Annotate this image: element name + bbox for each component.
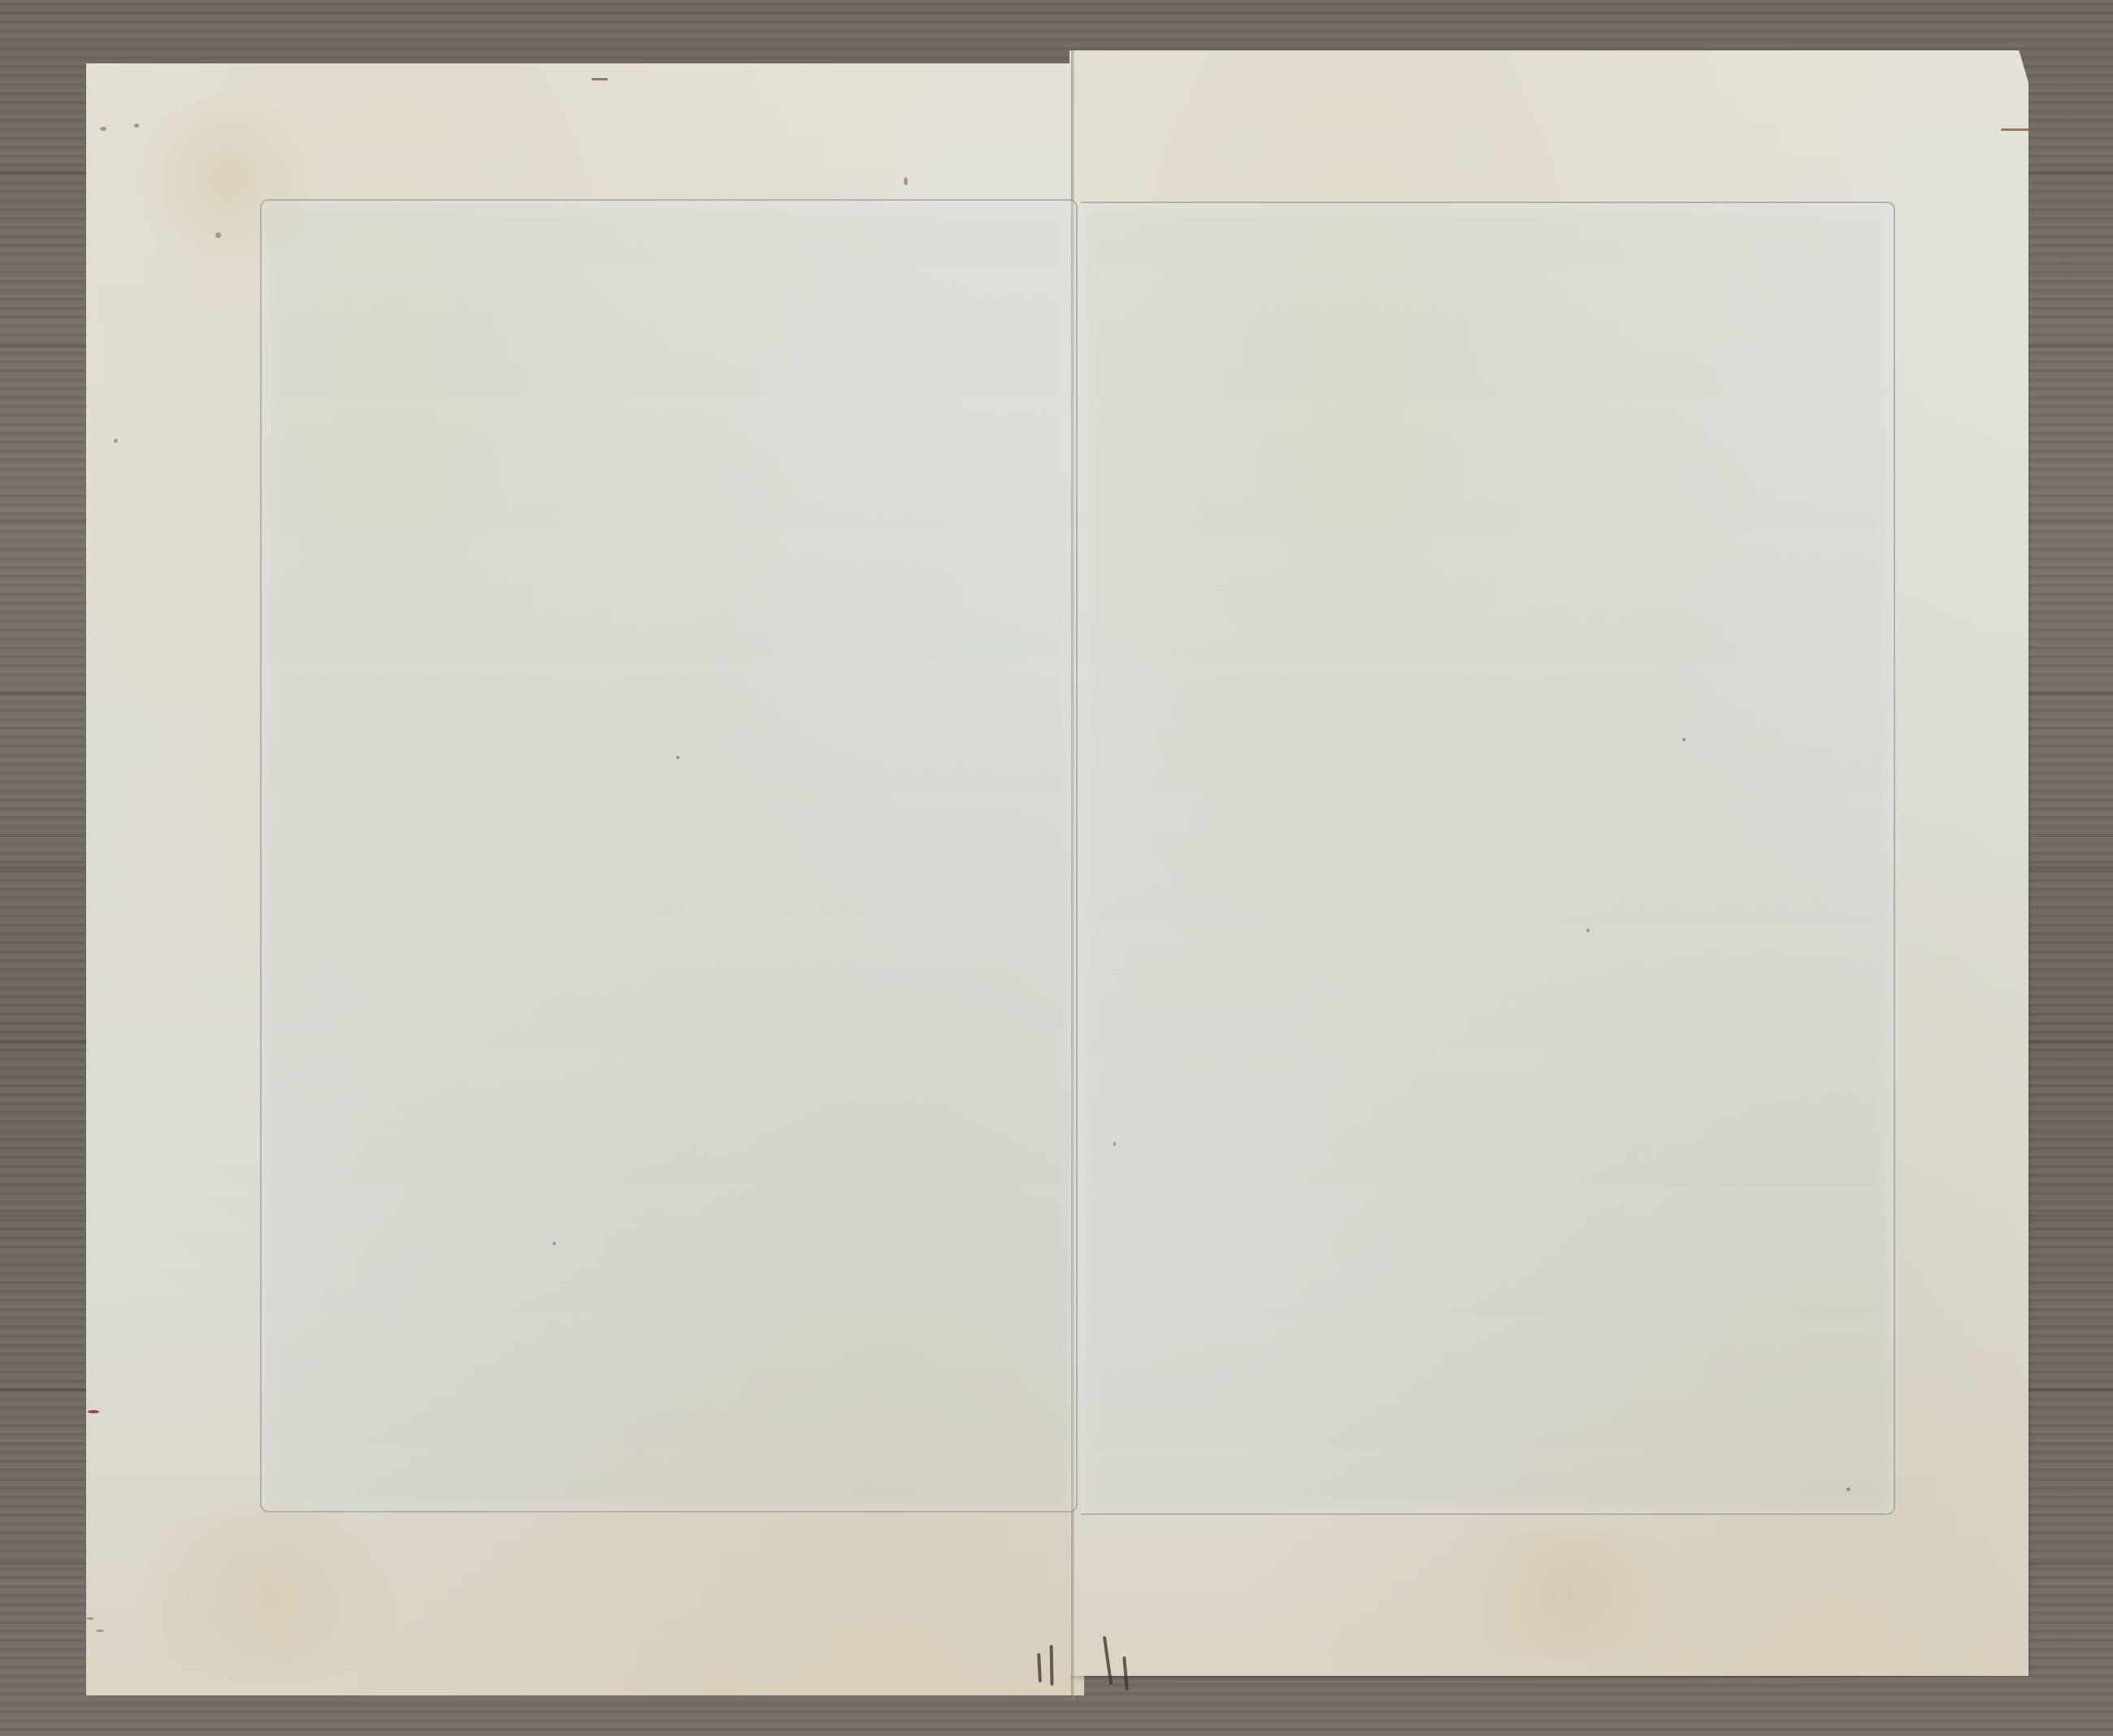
edge-tear bbox=[592, 78, 608, 80]
foxing-spot bbox=[215, 232, 221, 238]
plate-mark-right bbox=[1081, 202, 1895, 1515]
foxing-spot bbox=[88, 1410, 99, 1413]
paper-sheet bbox=[0, 0, 2113, 1736]
foxing-stain bbox=[1422, 1528, 1715, 1658]
foxing-spot bbox=[134, 124, 139, 128]
foxing-spot bbox=[553, 1242, 556, 1245]
pencil-mark bbox=[1050, 1645, 1054, 1686]
foxing-spot bbox=[1113, 1142, 1116, 1146]
foxing-stain bbox=[122, 98, 333, 260]
foxing-spot bbox=[904, 177, 908, 185]
foxing-spot bbox=[96, 1630, 104, 1632]
foxing-spot bbox=[114, 439, 118, 443]
foxing-spot bbox=[1586, 929, 1590, 932]
foxing-stain bbox=[98, 1504, 439, 1682]
edge-tear bbox=[2001, 128, 2029, 131]
foxing-spot bbox=[100, 127, 106, 131]
foxing-spot bbox=[676, 756, 679, 759]
foxing-spot bbox=[1846, 1487, 1851, 1491]
foxing-spot bbox=[86, 1617, 94, 1620]
foxing-spot bbox=[1682, 738, 1686, 741]
plate-mark-left bbox=[260, 199, 1078, 1512]
